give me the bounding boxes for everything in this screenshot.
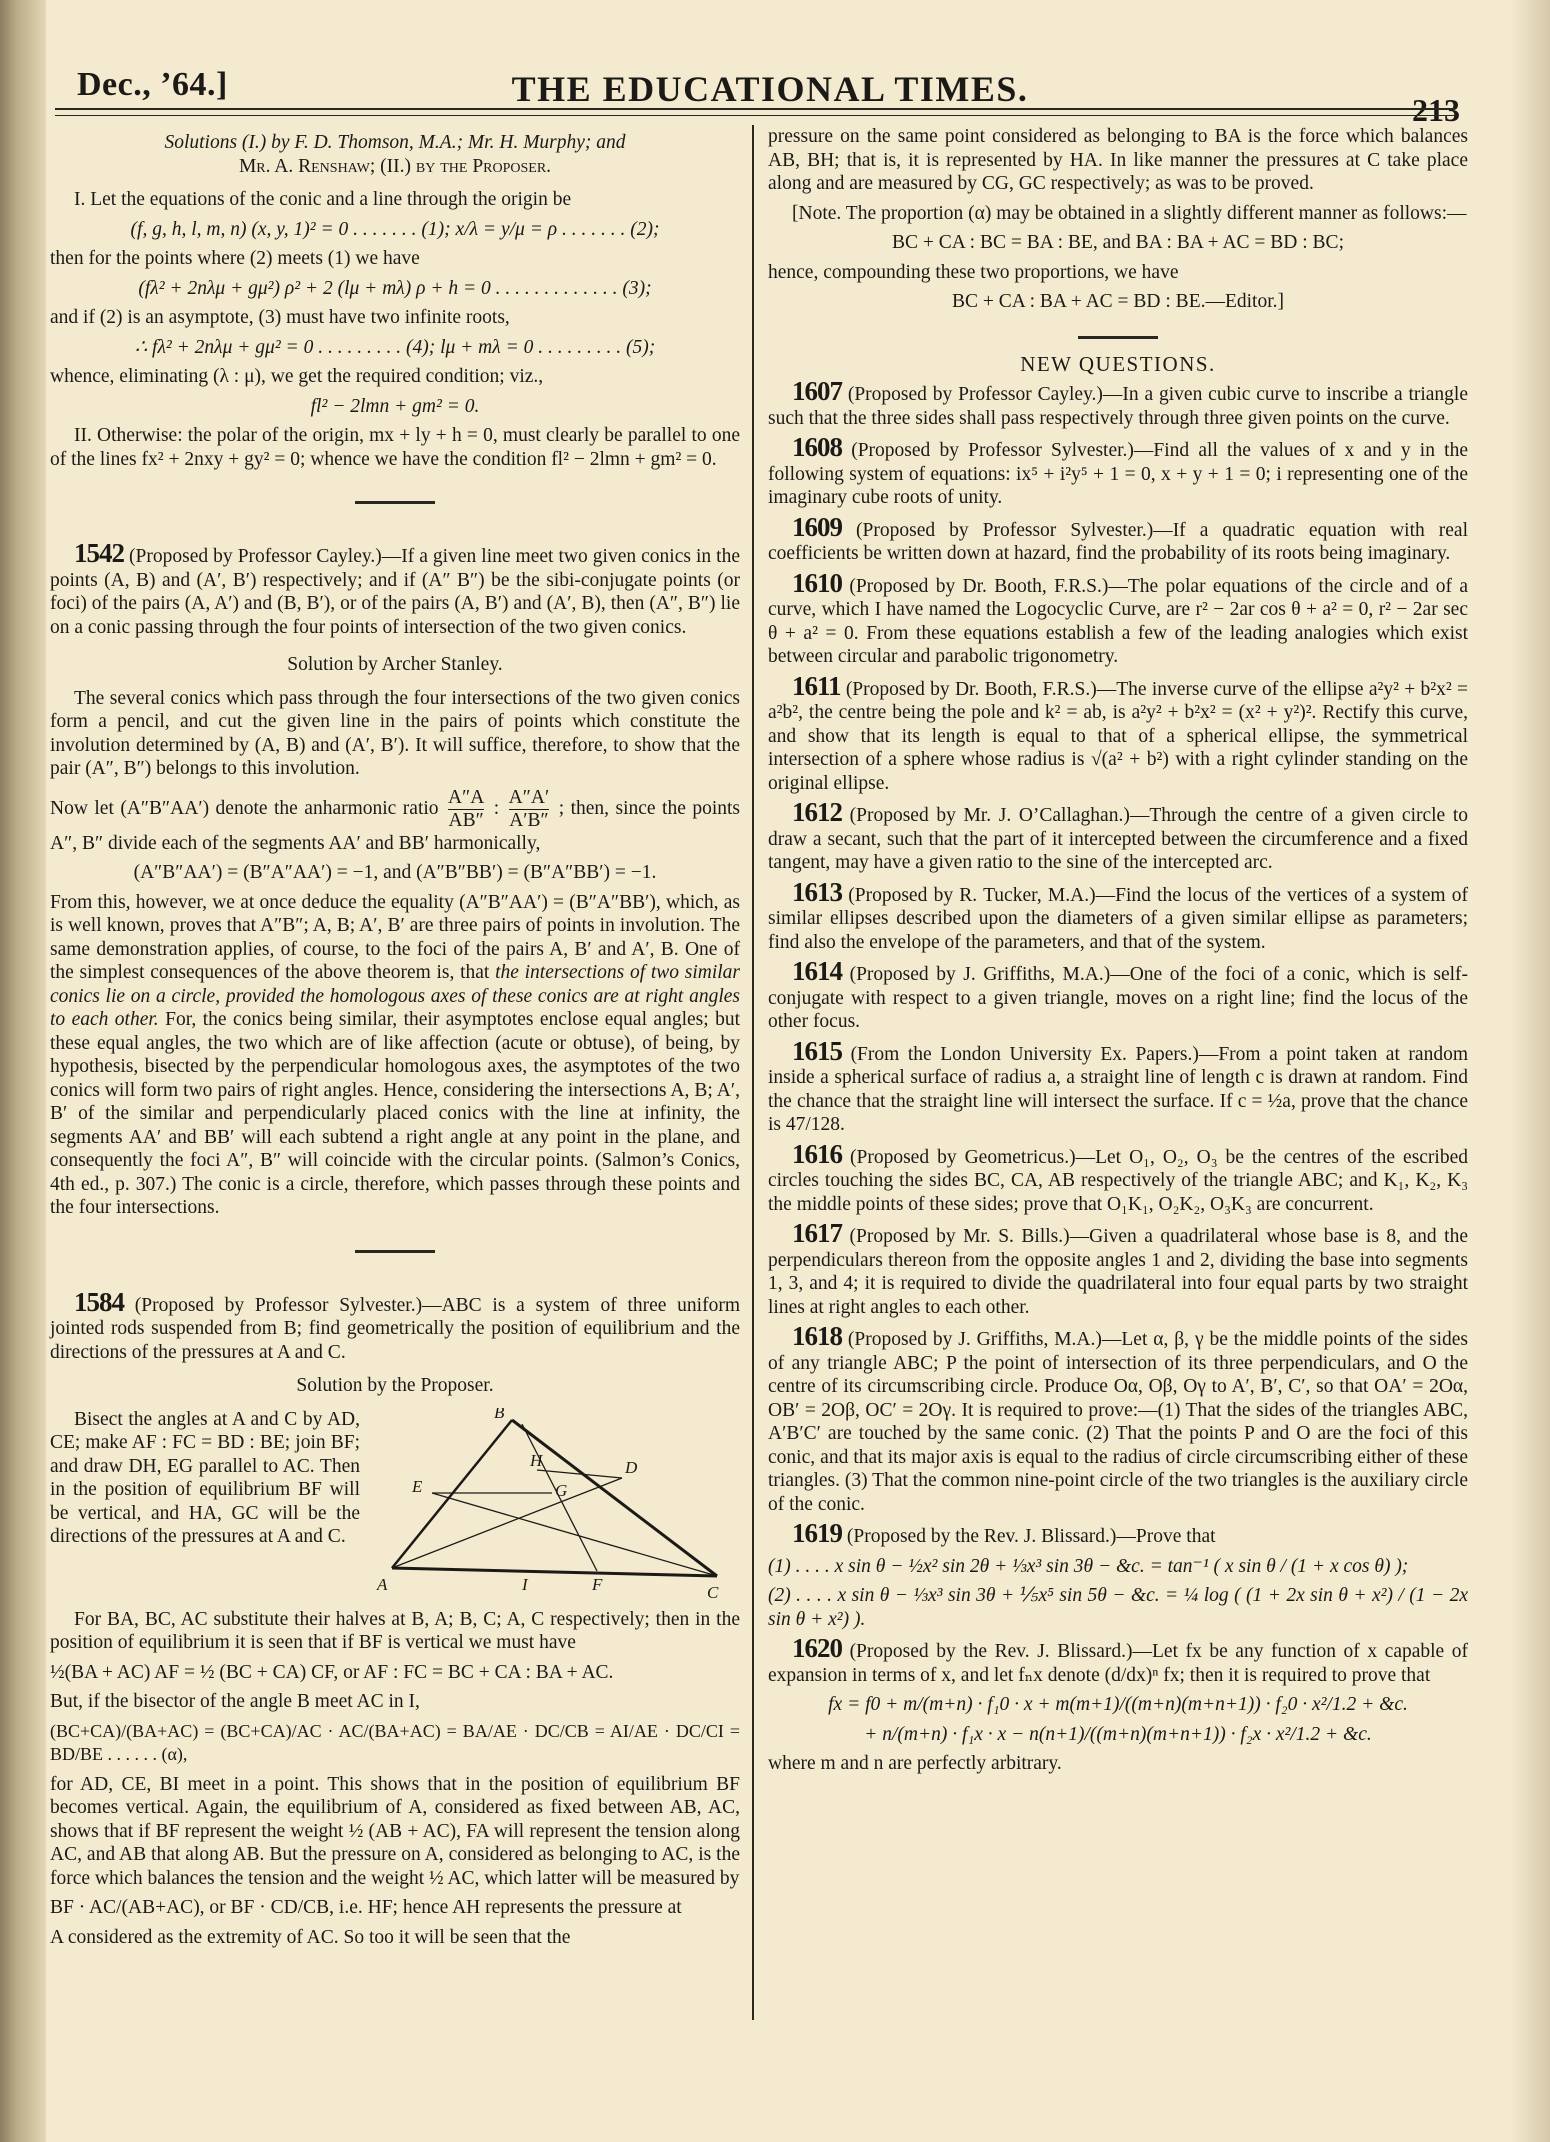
question-1542: 1542 (Proposed by Professor Cayley.)—If … xyxy=(50,542,740,639)
continuation-paragraph: pressure on the same point considered as… xyxy=(768,125,1468,196)
q1542-equation: (A″B″AA′) = (B″A″AA′) = −1, and (A″B″BB′… xyxy=(50,861,740,885)
question-number: 1608 xyxy=(792,432,842,462)
question-number: 1615 xyxy=(792,1036,842,1066)
header-rule xyxy=(55,108,1455,116)
denominator: AB″ xyxy=(448,809,484,832)
question-1613: 1613 (Proposed by R. Tucker, M.A.)—Find … xyxy=(768,881,1468,955)
question-text: (Proposed by Mr. J. O’Callaghan.)—Throug… xyxy=(768,805,1468,873)
solution-byline-1542: Solution by Archer Stanley. xyxy=(50,653,740,677)
question-text: (Proposed by Professor Sylvester.)—ABC i… xyxy=(50,1295,740,1363)
right-column: pressure on the same point considered as… xyxy=(768,125,1468,1782)
column-divider xyxy=(752,125,754,2020)
question-number: 1616 xyxy=(792,1139,842,1169)
question-text: (Proposed by the Rev. J. Blissard.)—Prov… xyxy=(847,1526,1216,1547)
question-number: 1610 xyxy=(792,568,842,598)
equation-condition: fl² − 2lmn + gm² = 0. xyxy=(50,395,740,419)
question-1618: 1618 (Proposed by J. Griffiths, M.A.)—Le… xyxy=(768,1325,1468,1516)
question-1607: 1607 (Proposed by Professor Cayley.)—In … xyxy=(768,380,1468,430)
question-text: (Proposed by Professor Sylvester.)—Find … xyxy=(768,440,1468,508)
text: Now let (A″B″AA′) denote the anharmonic … xyxy=(50,797,439,818)
question-1608: 1608 (Proposed by Professor Sylvester.)—… xyxy=(768,436,1468,510)
q1584-equation-1: ½(BA + AC) AF = ½ (BC + CA) CF, or AF : … xyxy=(50,1661,740,1685)
question-number: 1584 xyxy=(74,1287,124,1317)
q1620-equation-2: + n/(m+n) · f₁x · x − n(n+1)/((m+n)(m+n+… xyxy=(768,1723,1468,1747)
figure-block: Bisect the angles at A and C by AD, CE; … xyxy=(50,1408,740,1608)
solution-byline-1584: Solution by the Proposer. xyxy=(50,1374,740,1398)
equation-3: (fλ² + 2nλμ + gμ²) ρ² + 2 (lμ + mλ) ρ + … xyxy=(50,277,740,301)
note-equation-2: BC + CA : BA + AC = BD : BE.—Editor.] xyxy=(768,290,1468,314)
label-B: B xyxy=(494,1408,505,1422)
question-number: 1620 xyxy=(792,1633,842,1663)
fraction: A″AAB″ xyxy=(448,787,484,832)
label-F: F xyxy=(591,1575,603,1594)
equation-4-5: ∴ fλ² + 2nλμ + gμ² = 0 . . . . . . . . .… xyxy=(50,336,740,360)
section-divider xyxy=(355,1250,435,1253)
question-number: 1618 xyxy=(792,1321,842,1351)
label-D: D xyxy=(624,1458,638,1477)
q1584-paragraph-3: But, if the bisector of the angle B meet… xyxy=(50,1690,740,1714)
question-number: 1614 xyxy=(792,956,842,986)
numerator: A″A xyxy=(448,787,484,809)
byline-line-2: Mr. A. Renshaw; (II.) by the Proposer. xyxy=(239,156,551,177)
question-1609: 1609 (Proposed by Professor Sylvester.)—… xyxy=(768,516,1468,566)
question-text: (Proposed by Geometricus.)—Let O₁, O₂, O… xyxy=(768,1147,1468,1215)
question-1614: 1614 (Proposed by J. Griffiths, M.A.)—On… xyxy=(768,960,1468,1034)
q1619-equation-2: (2) . . . . x sin θ − ⅓x³ sin 3θ + ⅕x⁵ s… xyxy=(768,1584,1468,1631)
numerator: A″A′ xyxy=(509,787,550,809)
q1542-paragraph-1: The several conics which pass through th… xyxy=(50,687,740,781)
question-number: 1609 xyxy=(792,512,842,542)
label-A: A xyxy=(376,1575,388,1594)
q1620-equation-1: fx = f0 + m/(m+n) · f₁0 · x + m(m+1)/((m… xyxy=(768,1693,1468,1717)
equation-1-2: (f, g, h, l, m, n) (x, y, 1)² = 0 . . . … xyxy=(50,218,740,242)
book-binding-shadow xyxy=(0,0,46,2142)
solution-I-intro: I. Let the equations of the conic and a … xyxy=(50,188,740,212)
question-number: 1613 xyxy=(792,877,842,907)
q1542-paragraph-2: Now let (A″B″AA′) denote the anharmonic … xyxy=(50,787,740,856)
question-text: (Proposed by J. Griffiths, M.A.)—One of … xyxy=(768,964,1468,1032)
question-text: (Proposed by Dr. Booth, F.R.S.)—The inve… xyxy=(768,679,1468,794)
question-1620: 1620 (Proposed by the Rev. J. Blissard.)… xyxy=(768,1637,1468,1687)
q1584-paragraph-2: For BA, BC, AC substitute their halves a… xyxy=(50,1608,740,1655)
q1620-closing: where m and n are perfectly arbitrary. xyxy=(768,1752,1468,1776)
question-number: 1619 xyxy=(792,1518,842,1548)
q1584-equation-alpha: (BC+CA)/(BA+AC) = (BC+CA)/AC · AC/(BA+AC… xyxy=(50,1720,740,1767)
left-column: Solutions (I.) by F. D. Thomson, M.A.; M… xyxy=(50,125,740,1955)
solution-II: II. Otherwise: the polar of the origin, … xyxy=(50,424,740,471)
question-text: (Proposed by Professor Sylvester.)—If a … xyxy=(768,520,1468,565)
solution-I-text-3: and if (2) is an asymptote, (3) must hav… xyxy=(50,306,740,330)
question-1619: 1619 (Proposed by the Rev. J. Blissard.)… xyxy=(768,1522,1468,1549)
byline-line-1: Solutions (I.) by F. D. Thomson, M.A.; M… xyxy=(164,132,625,153)
new-questions-heading: NEW QUESTIONS. xyxy=(768,353,1468,377)
question-text: (Proposed by Mr. S. Bills.)—Given a quad… xyxy=(768,1226,1468,1318)
q1542-paragraph-3: From this, however, we at once deduce th… xyxy=(50,891,740,1220)
question-text: (Proposed by the Rev. J. Blissard.)—Let … xyxy=(768,1641,1468,1686)
question-number: 1607 xyxy=(792,376,842,406)
question-1612: 1612 (Proposed by Mr. J. O’Callaghan.)—T… xyxy=(768,801,1468,875)
note-text: hence, compounding these two proportions… xyxy=(768,261,1468,285)
q1619-equation-1: (1) . . . . x sin θ − ½x² sin 2θ + ⅓x³ s… xyxy=(768,1555,1468,1579)
section-divider xyxy=(355,501,435,504)
question-1584: 1584 (Proposed by Professor Sylvester.)—… xyxy=(50,1291,740,1365)
question-number: 1617 xyxy=(792,1218,842,1248)
section-divider xyxy=(1078,336,1158,339)
label-H: H xyxy=(529,1451,544,1470)
question-text: (From the London University Ex. Papers.)… xyxy=(768,1044,1468,1136)
question-1610: 1610 (Proposed by Dr. Booth, F.R.S.)—The… xyxy=(768,572,1468,669)
label-G: G xyxy=(555,1481,567,1500)
note-equation-1: BC + CA : BC = BA : BE, and BA : BA + AC… xyxy=(768,231,1468,255)
question-text: (Proposed by Professor Cayley.)—If a giv… xyxy=(50,546,740,638)
question-text: (Proposed by J. Griffiths, M.A.)—Let α, … xyxy=(768,1329,1468,1515)
solution-I-text-2: then for the points where (2) meets (1) … xyxy=(50,247,740,271)
page-edge-shadow xyxy=(1510,0,1550,2142)
denominator: A′B″ xyxy=(509,809,550,832)
label-E: E xyxy=(411,1477,423,1496)
question-1616: 1616 (Proposed by Geometricus.)—Let O₁, … xyxy=(768,1143,1468,1217)
question-number: 1612 xyxy=(792,797,842,827)
editor-note-intro: [Note. The proportion (α) may be obtaine… xyxy=(768,202,1468,226)
text: For, the conics being similar, their asy… xyxy=(50,1009,740,1218)
solution-I-text-4: whence, eliminating (λ : μ), we get the … xyxy=(50,365,740,389)
triangle-diagram: B H D E G A I F C xyxy=(372,1408,732,1608)
q1584-paragraph-4: for AD, CE, BI meet in a point. This sho… xyxy=(50,1773,740,1891)
q1584-paragraph-1: Bisect the angles at A and C by AD, CE; … xyxy=(50,1408,360,1549)
label-I: I xyxy=(521,1575,529,1594)
publication-title: THE EDUCATIONAL TIMES. xyxy=(55,68,1485,110)
label-C: C xyxy=(707,1583,719,1602)
question-1611: 1611 (Proposed by Dr. Booth, F.R.S.)—The… xyxy=(768,675,1468,796)
question-text: (Proposed by Dr. Booth, F.R.S.)—The pola… xyxy=(768,576,1468,668)
fraction: A″A′A′B″ xyxy=(509,787,550,832)
solutions-byline: Solutions (I.) by F. D. Thomson, M.A.; M… xyxy=(50,131,740,178)
q1584-equation-2: BF · AC/(AB+AC), or BF · CD/CB, i.e. HF;… xyxy=(50,1896,740,1920)
question-number: 1542 xyxy=(74,538,124,568)
question-1617: 1617 (Proposed by Mr. S. Bills.)—Given a… xyxy=(768,1222,1468,1319)
q1584-paragraph-5: A considered as the extremity of AC. So … xyxy=(50,1926,740,1950)
question-number: 1611 xyxy=(792,671,841,701)
question-1615: 1615 (From the London University Ex. Pap… xyxy=(768,1040,1468,1137)
question-text: (Proposed by R. Tucker, M.A.)—Find the l… xyxy=(768,885,1468,953)
question-text: (Proposed by Professor Cayley.)—In a giv… xyxy=(768,384,1468,429)
